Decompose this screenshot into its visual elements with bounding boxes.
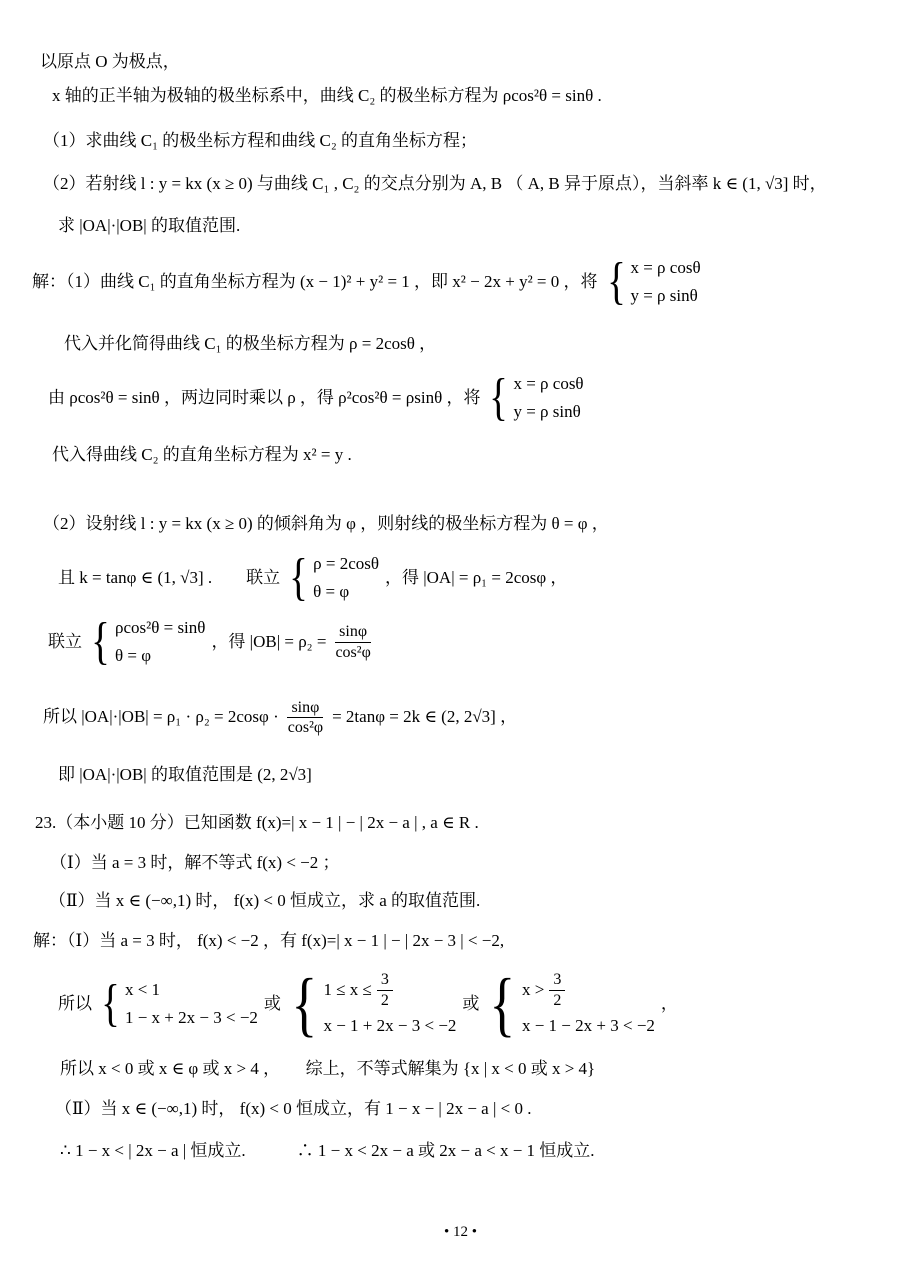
q23-part2-question: （Ⅱ）当 x ∈ (−∞,1) 时， f(x) < 0 恒成立，求 a 的取值范… — [49, 890, 480, 913]
left-brace-icon: { — [607, 256, 626, 308]
q22-product-line: 所以 |OA|·|OB| = ρ₁ · ρ₂ = 2cosφ · sinφ co… — [43, 698, 517, 737]
or-connector: 或 — [264, 993, 281, 1016]
q22-part1-question: （1）求曲线 C₁ 的极坐标方程和曲线 C₂ 的直角坐标方程； — [43, 130, 477, 153]
equation-system: { x = ρ cosθ y = ρ sinθ — [604, 256, 701, 308]
left-brace-icon: { — [91, 616, 110, 668]
q23-part1-question: （Ⅰ）当 a = 3 时，解不等式 f(x) < −2 ； — [50, 852, 340, 875]
q22-solution2-oa-result: ，得 |OA| = ρ₁ = 2cosφ ， — [385, 567, 567, 590]
q22-final-answer: 即 |OA|·|OB| 的取值范围是 (2, 2√3] — [58, 764, 312, 787]
fraction-denominator: 2 — [549, 991, 565, 1010]
q23-part2-solution-1: （Ⅱ）当 x ∈ (−∞,1) 时， f(x) < 0 恒成立，有 1 − x … — [55, 1098, 531, 1121]
q23-part1-conclusion: 所以 x < 0 或 x ∈ φ 或 x > 4 ， 综上，不等式解集为 {x … — [60, 1058, 595, 1081]
system-row: θ = φ — [115, 645, 205, 668]
q23-systems-line: 所以 { x < 1 1 − x + 2x − 3 < −2 或 { 1 ≤ x… — [58, 968, 678, 1040]
equation-system: { ρ = 2cosθ θ = φ — [286, 552, 379, 604]
system-row: ρcos²θ = sinθ — [115, 617, 205, 640]
system-row: 1 − x + 2x − 3 < −2 — [125, 1007, 258, 1030]
row-text: 1 ≤ x ≤ — [323, 979, 371, 1002]
fraction-numerator: 3 — [549, 970, 565, 990]
fraction-numerator: sinφ — [335, 622, 371, 642]
left-brace-icon: { — [289, 552, 308, 604]
q22-solution1-text: 解：（1）曲线 C₁ 的直角坐标方程为 (x − 1)² + y² = 1 ，即… — [32, 271, 598, 294]
fraction: sinφ cos²φ — [331, 622, 374, 661]
system-row: 1 ≤ x ≤ 3 2 — [323, 970, 456, 1009]
q23-systems-prefix: 所以 — [58, 993, 92, 1016]
q22-product-result: = 2tanφ = 2k ∈ (2, 2√3] ， — [332, 706, 517, 729]
system-row: x = ρ cosθ — [630, 257, 700, 280]
q22-intro-line-1: 以原点 O 为极点， — [40, 51, 180, 74]
system-row: y = ρ sinθ — [630, 285, 700, 308]
q22-part2-question-cont: 求 |OA|·|OB| 的取值范围. — [58, 215, 240, 238]
q22-solution2-setup: （2）设射线 l : y = kx (x ≥ 0) 的倾斜角为 φ ，则射线的极… — [43, 513, 609, 536]
q22-solution1b-text: 由 ρcos²θ = sinθ ，两边同时乘以 ρ ，得 ρ²cos²θ = ρ… — [48, 387, 480, 410]
left-brace-icon: { — [101, 978, 120, 1030]
q22-solution1b-line: 由 ρcos²θ = sinθ ，两边同时乘以 ρ ，得 ρ²cos²θ = ρ… — [48, 372, 590, 424]
inequality-system-2: { 1 ≤ x ≤ 3 2 x − 1 + 2x − 3 < −2 — [287, 968, 457, 1040]
fraction: 3 2 — [377, 970, 393, 1009]
system-row: x − 1 + 2x − 3 < −2 — [323, 1015, 456, 1038]
q23-systems-suffix: ， — [661, 993, 678, 1016]
system-row: x − 1 − 2x + 3 < −2 — [522, 1015, 655, 1038]
q23-part2-solution-2: ∴ 1 − x < | 2x − a | 恒成立. ∴ 1 − x < 2x −… — [60, 1140, 595, 1163]
or-connector: 或 — [462, 993, 479, 1016]
q22-solution1-result: 代入并化简得曲线 C₁ 的极坐标方程为 ρ = 2cosθ ， — [64, 333, 436, 356]
system-row: x > 3 2 — [522, 970, 655, 1009]
left-brace-icon: { — [490, 372, 509, 424]
q22-part2-question: （2）若射线 l : y = kx (x ≥ 0) 与曲线 C₁ , C₂ 的交… — [43, 173, 827, 196]
fraction-numerator: 3 — [377, 970, 393, 990]
fraction: sinφ cos²φ — [284, 698, 327, 737]
left-brace-icon: { — [291, 968, 317, 1040]
fraction-denominator: cos²φ — [331, 643, 374, 662]
equation-system: { ρcos²θ = sinθ θ = φ — [88, 616, 205, 668]
q23-title: 23.（本小题 10 分）已知函数 f(x)=| x − 1 | − | 2x … — [35, 812, 479, 835]
q22-solution2-k-range: 且 k = tanφ ∈ (1, √3] . 联立 — [58, 567, 280, 590]
system-row: x = ρ cosθ — [513, 373, 583, 396]
fraction: 3 2 — [549, 970, 565, 1009]
system-row: y = ρ sinθ — [513, 401, 583, 424]
inequality-system-1: { x < 1 1 − x + 2x − 3 < −2 — [98, 978, 258, 1030]
q22-solution2-oa-line: 且 k = tanφ ∈ (1, √3] . 联立 { ρ = 2cosθ θ … — [58, 552, 567, 604]
page-number: • 12 • — [0, 1224, 921, 1241]
q22-solution2-ob-prefix: 联立 — [48, 631, 82, 654]
left-brace-icon: { — [490, 968, 516, 1040]
q22-solution2-ob-line: 联立 { ρcos²θ = sinθ θ = φ ，得 |OB| = ρ₂ = … — [48, 616, 380, 668]
row-text: x > — [522, 979, 544, 1002]
equation-system: { x = ρ cosθ y = ρ sinθ — [486, 372, 583, 424]
q22-solution1-line: 解：（1）曲线 C₁ 的直角坐标方程为 (x − 1)² + y² = 1 ，即… — [32, 256, 707, 308]
q22-solution2-ob-result: ，得 |OB| = ρ₂ = — [211, 631, 326, 654]
fraction-numerator: sinφ — [287, 698, 323, 718]
system-row: θ = φ — [313, 581, 379, 604]
q22-intro-line-2: x 轴的正半轴为极轴的极坐标系中，曲线 C₂ 的极坐标方程为 ρcos²θ = … — [52, 85, 602, 108]
q23-solution-intro: 解：（Ⅰ）当 a = 3 时， f(x) < −2 ，有 f(x)=| x − … — [33, 930, 504, 953]
system-row: ρ = 2cosθ — [313, 553, 379, 576]
system-row: x < 1 — [125, 979, 258, 1002]
fraction-denominator: 2 — [377, 991, 393, 1010]
q22-c2-rect-equation: 代入得曲线 C₂ 的直角坐标方程为 x² = y . — [52, 444, 352, 467]
q22-product-prefix: 所以 |OA|·|OB| = ρ₁ · ρ₂ = 2cosφ · — [43, 706, 279, 729]
inequality-system-3: { x > 3 2 x − 1 − 2x + 3 < −2 — [485, 968, 655, 1040]
fraction-denominator: cos²φ — [284, 718, 327, 737]
